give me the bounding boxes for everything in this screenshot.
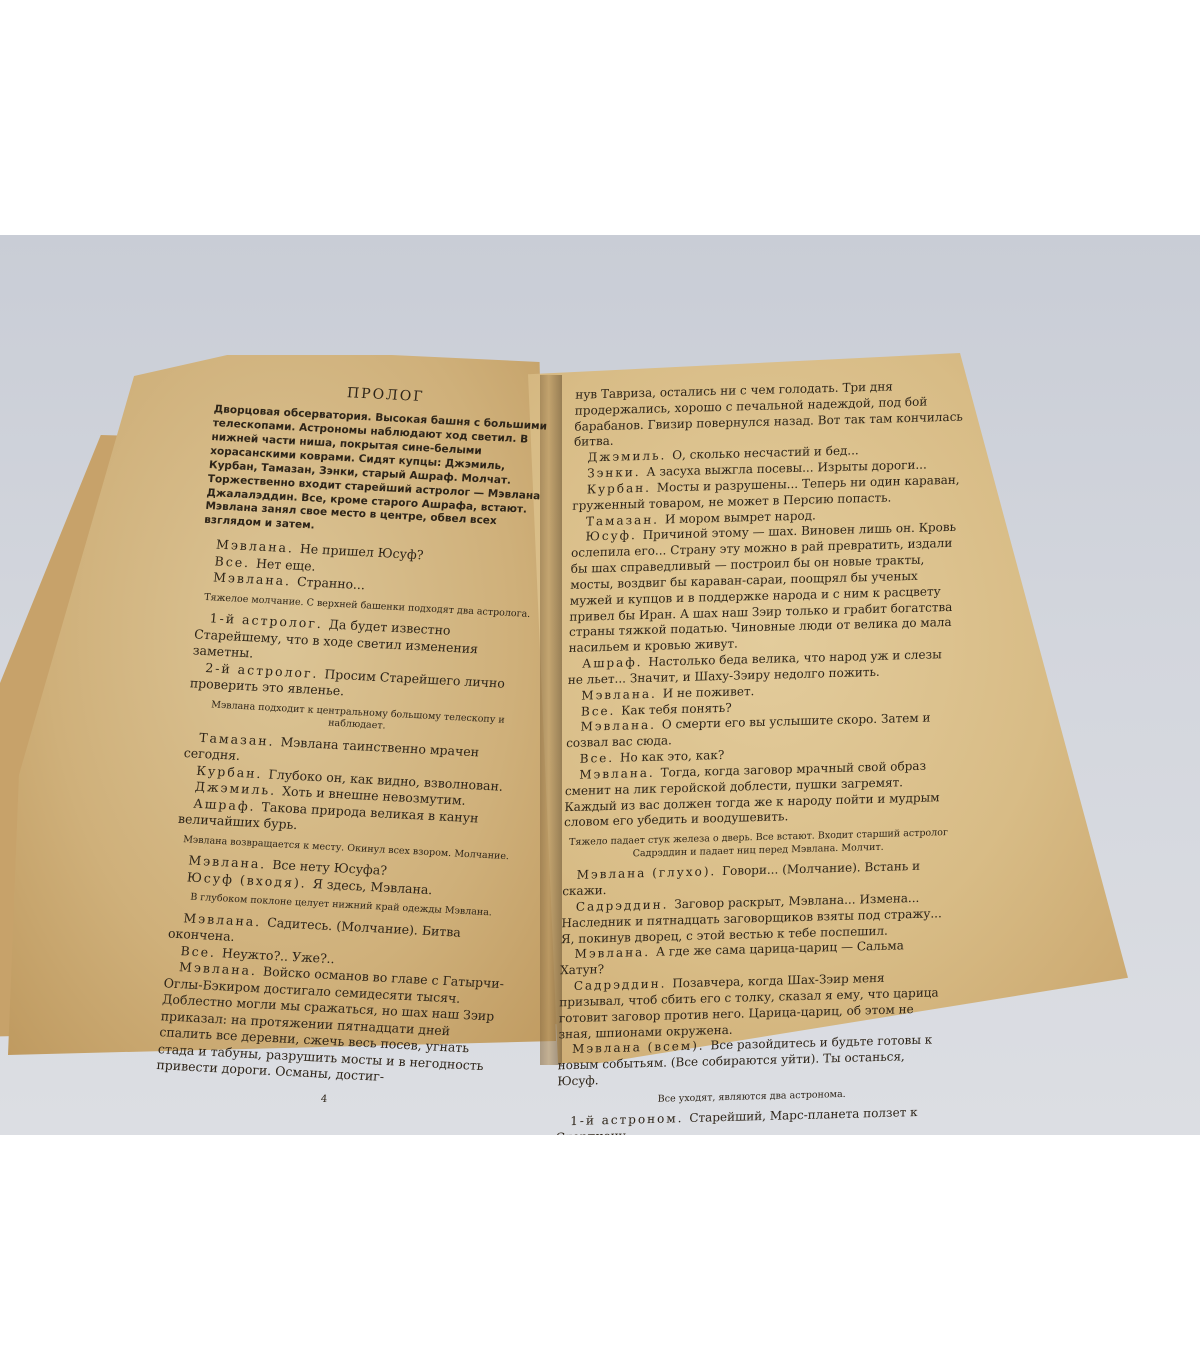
speaker-name: Садрэддин. (574, 976, 673, 993)
stage-direction: Тяжело падает стук железа о дверь. Все в… (563, 827, 954, 862)
speaker-name: Мэвлана (всем). (572, 1039, 711, 1057)
paragraph: нув Тавриза, остались ни с чем голодать.… (574, 377, 966, 451)
dialogue-text: Нет еще. (256, 555, 317, 573)
speaker-name: Курбан. (587, 481, 657, 497)
speaker-name: Все. (214, 553, 257, 570)
dialogue-line: Юсуф. Причиной этому — шах. Виновен лишь… (568, 520, 961, 657)
speaker-name: Все. (180, 943, 223, 960)
right-page-text: нув Тавриза, остались ни с чем голодать.… (555, 377, 966, 1135)
speaker-name: Зэнки. (587, 465, 647, 481)
dialogue-line: Мэвлана. Войско османов во главе с Гатыр… (156, 959, 506, 1092)
speaker-name: Ашраф. (582, 655, 648, 671)
speaker-name: Курбан. (196, 763, 270, 782)
speaker-name: Мэвлана. (574, 945, 656, 961)
dialogue-text: Войско османов во главе с Гатырчи-Оглы-Б… (156, 964, 505, 1084)
left-page-text: ПРОЛОГ Дворцовая обсерватория. Высокая б… (154, 377, 557, 1115)
speaker-name: Садрэддин. (576, 897, 675, 914)
dialogue-text: И не поживет. (663, 684, 755, 700)
speaker-name: Все. (581, 703, 622, 718)
stage-direction: Дворцовая обсерватория. Высокая башня с … (204, 404, 554, 546)
dialogue-text: Как тебя понять? (621, 700, 732, 717)
speaker-name: Джэмиль. (587, 448, 672, 464)
speaker-name: Мэвлана. (581, 686, 663, 702)
dialogue-line: Мэвлана (всем). Все разойдитесь и будьте… (557, 1033, 948, 1091)
dialogue-text: Но как это, как? (620, 748, 725, 765)
speaker-name: Мэвлана. (579, 765, 661, 781)
speaker-name: Все. (580, 751, 621, 766)
dialogue-line: Мэвлана. Тогда, когда заговор мрачный св… (564, 758, 956, 832)
speaker-name: 1-й астроном. (570, 1111, 689, 1128)
speaker-name: Мэвлана (глухо). (577, 864, 723, 882)
speaker-name: Юсуф. (585, 528, 642, 544)
book-photo: ПРОЛОГ Дворцовая обсерватория. Высокая б… (0, 235, 1200, 1135)
speaker-name: Мэвлана. (580, 718, 662, 734)
speaker-name: Тамазан. (586, 512, 665, 528)
dialogue-line: Садрэддин. Позавчера, когда Шах-Зэир мен… (558, 969, 950, 1043)
speaker-name: Ашраф. (193, 795, 262, 814)
dialogue-text: Странно... (296, 574, 365, 593)
dialogue-line: 1-й астроном. Старейший, Марс-планета по… (556, 1105, 947, 1135)
dialogue-text: И мором вымрет народ. (665, 508, 816, 526)
speaker-name: Мэвлана. (213, 570, 298, 589)
